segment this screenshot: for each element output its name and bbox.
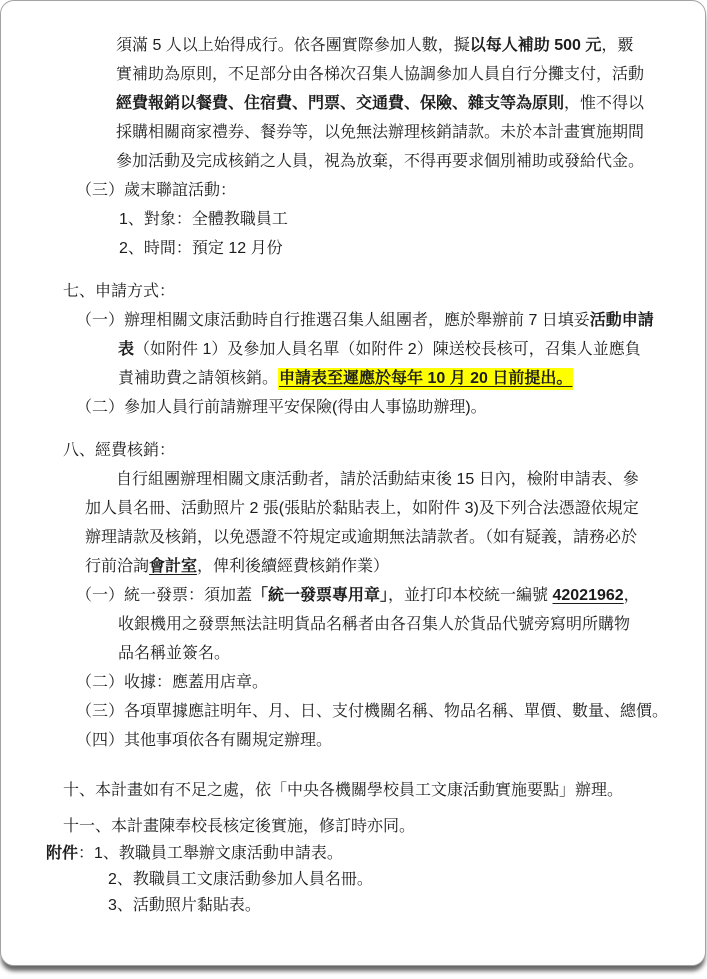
text-line: （二）參加人員行前請辦理平安保險(得由人事協助辦理)。: [1, 393, 705, 422]
text-line: 實補助為原則，不足部分由各梯次召集人協調參加人員自行分攤支付，活動: [1, 60, 705, 89]
text-line: 十一、本計畫陳奉校長核定後實施，修訂時亦同。: [1, 812, 705, 841]
text-segment: 「統一發票專用章」: [252, 587, 388, 604]
text-segment: ，俾利後續經費核銷作業）: [197, 558, 389, 575]
text-segment: （如附件 1）及參加人員名單（如附件 2）陳送校長核可，召集人並應負: [134, 341, 641, 358]
text-segment: （一）統一發票：須加蓋: [76, 587, 252, 604]
text-line: （一）辦理相關文康活動時自行推選召集人組團者，應於舉辦前 7 日填妥活動申請: [1, 306, 705, 335]
text-segment: 1、對象：全體教職員工: [119, 211, 288, 228]
text-line: 七、申請方式：: [1, 277, 705, 306]
text-line: （三）各項單據應註明年、月、日、支付機關名稱、物品名稱、單價、數量、總價。: [1, 697, 705, 726]
text-segment: 參加活動及完成核銷之人員，視為放棄，不得再要求個別補助或發給代金。: [116, 153, 644, 170]
text-line: 採購相關商家禮券、餐券等，以免無法辦理核銷請款。未於本計畫實施期間: [1, 118, 705, 147]
text-segment: ：1、教職員工舉辦文康活動申請表。: [78, 845, 343, 862]
text-segment: 附件: [46, 845, 78, 862]
text-line: 須滿 5 人以上始得成行。依各團實際參加人數，擬以每人補助 500 元，覈: [1, 31, 705, 60]
text-segment: 以每人補助 500 元: [470, 37, 602, 54]
text-segment: 2、時間：預定 12 月份: [119, 240, 283, 257]
text-segment: 經費報銷以餐費、住宿費、門票、交通費、保險、雜支等為原則: [116, 95, 564, 112]
document-content: 須滿 5 人以上始得成行。依各團實際參加人數，擬以每人補助 500 元，覈實補助…: [1, 1, 705, 919]
text-segment: 須滿 5 人以上始得成行。依各團實際參加人數，擬: [116, 37, 470, 54]
text-segment: 42021962: [552, 587, 623, 604]
text-segment: 辦理請款及核銷，以免憑證不符規定或逾期無法請款者。（如有疑義，請務必於: [85, 529, 637, 546]
text-segment: 行前洽詢: [85, 558, 149, 575]
text-segment: （四）其他事項依各有關規定辦理。: [76, 732, 332, 749]
text-segment: 會計室: [149, 558, 197, 575]
text-line: 八、經費核銷：: [1, 436, 705, 465]
highlighted-deadline-text: 申請表至遲應於每年 10 月 20 日前提出。: [278, 368, 573, 390]
text-line: 2、時間：預定 12 月份: [1, 234, 705, 263]
text-segment: 自行組團辦理相關文康活動者，請於活動結束後 15 日內，檢附申請表、參: [116, 471, 639, 488]
text-segment: （一）辦理相關文康活動時自行推選召集人組團者，應於舉辦前 7 日填妥: [76, 312, 590, 329]
text-segment: ，惟不得以: [564, 95, 644, 112]
text-segment: （三）各項單據應註明年、月、日、支付機關名稱、物品名稱、單價、數量、總價。: [76, 703, 668, 720]
text-segment: 七、申請方式：: [63, 283, 175, 300]
text-segment: 採購相關商家禮券、餐券等，以免無法辦理核銷請款。未於本計畫實施期間: [116, 124, 644, 141]
text-segment: 收銀機用之發票無法註明貨品名稱者由各召集人於貨品代號旁寫明所購物: [118, 616, 630, 633]
text-line: 責補助費之請領核銷。申請表至遲應於每年 10 月 20 日前提出。: [1, 364, 705, 393]
text-segment: 表: [118, 341, 134, 358]
text-line: 1、對象：全體教職員工: [1, 205, 705, 234]
text-line: 行前洽詢會計室，俾利後續經費核銷作業）: [1, 552, 705, 581]
text-segment: ，覈: [601, 37, 633, 54]
text-segment: 十、本計畫如有不足之處，依「中央各機關學校員工文康活動實施要點」辦理。: [63, 782, 623, 799]
text-segment: 責補助費之請領核銷。: [118, 370, 278, 387]
text-line: 辦理請款及核銷，以免憑證不符規定或逾期無法請款者。（如有疑義，請務必於: [1, 523, 705, 552]
text-segment: 3、活動照片黏貼表。: [108, 897, 261, 914]
text-line: 收銀機用之發票無法註明貨品名稱者由各召集人於貨品代號旁寫明所購物: [1, 610, 705, 639]
text-line: 參加活動及完成核銷之人員，視為放棄，不得再要求個別補助或發給代金。: [1, 147, 705, 176]
text-segment: ，: [624, 587, 640, 604]
text-line: 十、本計畫如有不足之處，依「中央各機關學校員工文康活動實施要點」辦理。: [1, 776, 705, 805]
text-segment: 活動申請: [590, 312, 654, 329]
text-line: 加人員名冊、活動照片 2 張(張貼於黏貼表上，如附件 3)及下列合法憑證依規定: [1, 494, 705, 523]
text-line: （四）其他事項依各有關規定辦理。: [1, 726, 705, 755]
text-line: 2、教職員工文康活動參加人員名冊。: [1, 867, 705, 893]
text-line: 表（如附件 1）及參加人員名單（如附件 2）陳送校長核可，召集人並應負: [1, 335, 705, 364]
text-segment: 品名稱並簽名。: [118, 645, 230, 662]
text-line: 3、活動照片黏貼表。: [1, 893, 705, 919]
text-segment: （二）收據：應蓋用店章。: [76, 674, 268, 691]
text-line: （三）歲末聯誼活動：: [1, 176, 705, 205]
text-line: 自行組團辦理相關文康活動者，請於活動結束後 15 日內，檢附申請表、參: [1, 465, 705, 494]
text-segment: 八、經費核銷：: [63, 442, 175, 459]
document-page: 須滿 5 人以上始得成行。依各團實際參加人數，擬以每人補助 500 元，覈實補助…: [0, 0, 706, 966]
text-segment: （三）歲末聯誼活動：: [76, 182, 236, 199]
text-segment: 實補助為原則，不足部分由各梯次召集人協調參加人員自行分攤支付，活動: [116, 66, 644, 83]
text-line: 經費報銷以餐費、住宿費、門票、交通費、保險、雜支等為原則，惟不得以: [1, 89, 705, 118]
text-segment: （二）參加人員行前請辦理平安保險(得由人事協助辦理)。: [76, 399, 487, 416]
text-line: （一）統一發票：須加蓋「統一發票專用章」，並打印本校統一編號 42021962，: [1, 581, 705, 610]
text-segment: ，並打印本校統一編號: [388, 587, 552, 604]
text-line: （二）收據：應蓋用店章。: [1, 668, 705, 697]
text-segment: 2、教職員工文康活動參加人員名冊。: [108, 871, 373, 888]
text-line: 品名稱並簽名。: [1, 639, 705, 668]
text-line: 附件：1、教職員工舉辦文康活動申請表。: [1, 841, 705, 867]
text-segment: 十一、本計畫陳奉校長核定後實施，修訂時亦同。: [63, 818, 415, 835]
text-segment: 加人員名冊、活動照片 2 張(張貼於黏貼表上，如附件 3)及下列合法憑證依規定: [85, 500, 639, 517]
